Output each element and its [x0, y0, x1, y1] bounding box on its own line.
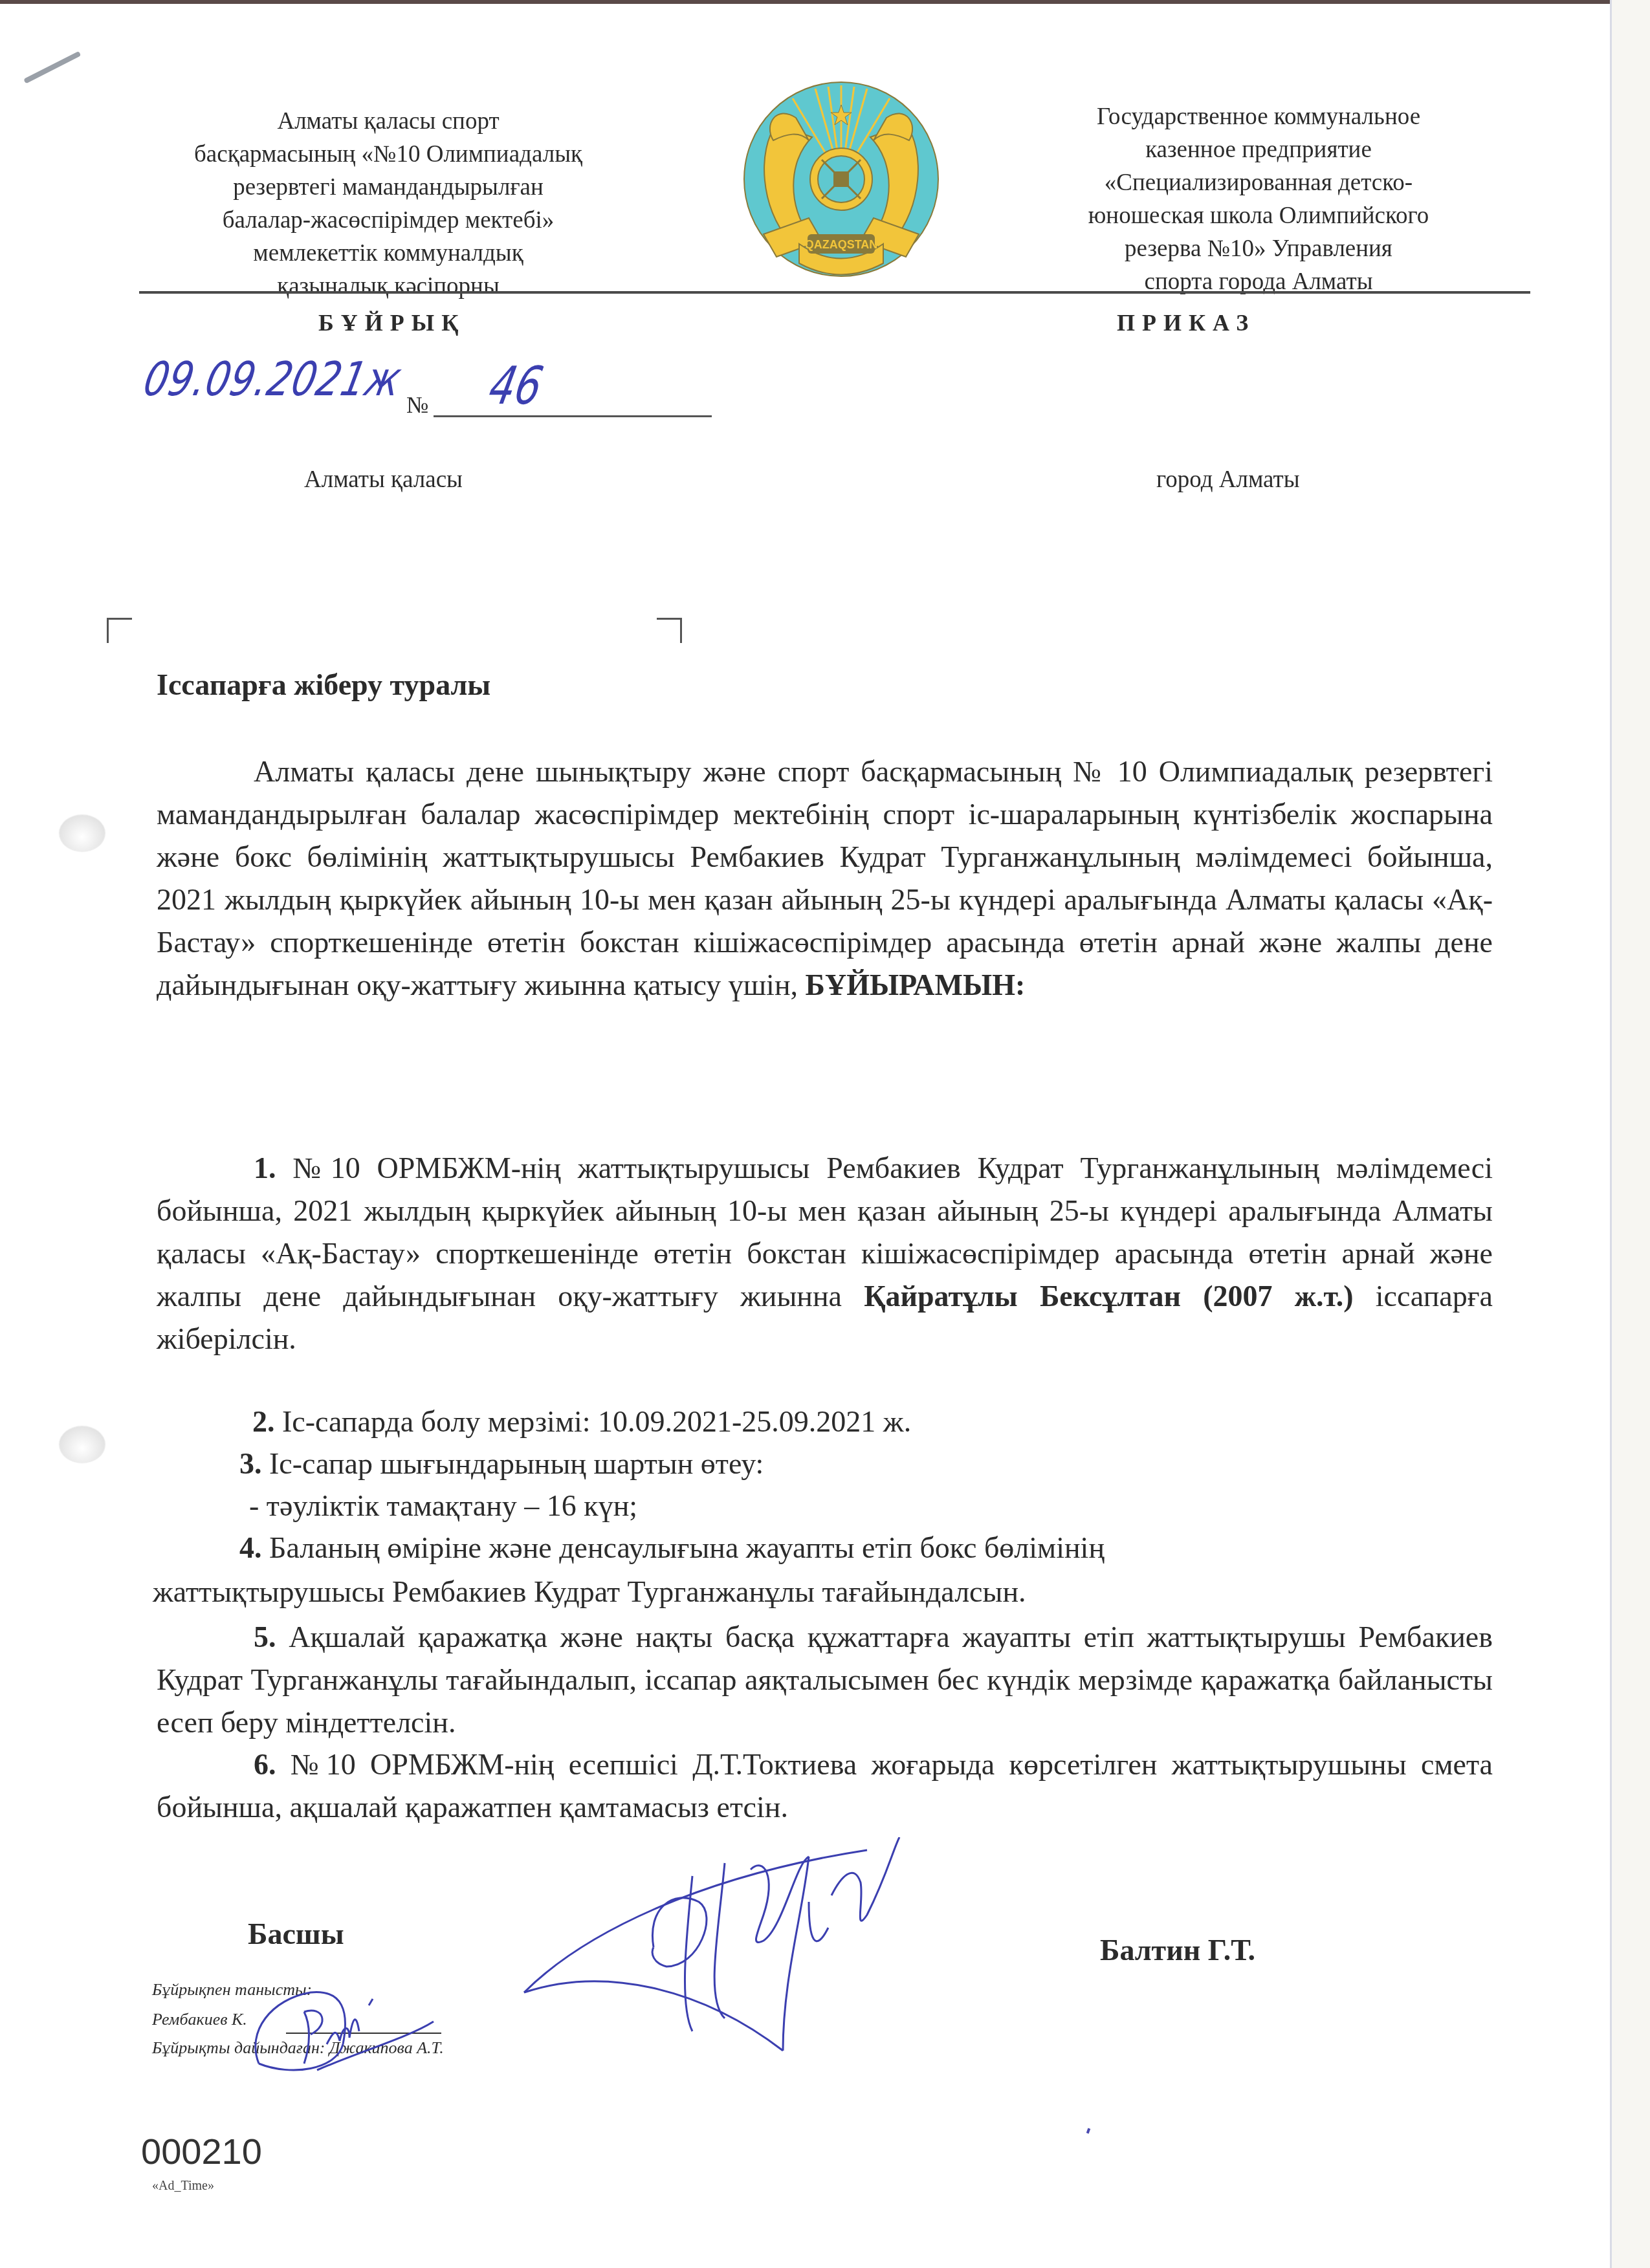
org-name-kz-line: балалар-жасөспірімдер мектебі»: [168, 204, 608, 237]
item-number: 5.: [254, 1620, 276, 1653]
punch-hole-icon: [60, 815, 105, 851]
order-item-3: 3. Іс-сапар шығындарының шартын өтеу:: [239, 1443, 764, 1485]
intro-paragraph: Алматы қаласы дене шынықтыру және спорт …: [157, 750, 1493, 1007]
pen-mark: [23, 51, 81, 84]
punch-hole-icon: [60, 1426, 105, 1463]
order-item-3-subitem: - тәуліктік тамақтану – 16 күн;: [249, 1485, 637, 1527]
item-text: Ақшалай қаражатқа және нақты басқа құжат…: [157, 1620, 1493, 1739]
org-name-ru: Государственное коммунальное казенное пр…: [1022, 100, 1495, 298]
org-name-ru-line: Государственное коммунальное: [1022, 100, 1495, 133]
order-label-ru: ПРИКАЗ: [1117, 309, 1255, 336]
handwritten-order-number: 46: [484, 355, 548, 417]
head-name: Балтин Г.Т.: [1100, 1933, 1255, 1967]
org-name-kz-line: қазыналық кәсіпорны: [168, 270, 608, 303]
org-name-kz-line: мемлекеттік коммуналдық: [168, 237, 608, 270]
item-text: жаттықтырушысы Рембакиев Кудрат Турганжа…: [153, 1575, 1026, 1608]
org-name-ru-line: «Специализированная детско-: [1022, 166, 1495, 199]
item-text: - тәуліктік тамақтану – 16 күн;: [249, 1489, 637, 1522]
order-item-1: 1. №10 ОРМБЖМ-нің жаттықтырушысы Рембаки…: [157, 1147, 1493, 1360]
corner-mark-left: [107, 618, 132, 643]
org-name-kz: Алматы қаласы спорт басқармасының «№10 О…: [168, 105, 608, 303]
director-signature-icon: [505, 1837, 919, 2096]
item-text: №10 ОРМБЖМ-нің есепшісі Д.Т.Токтиева жоғ…: [157, 1748, 1493, 1824]
item-number: 6.: [254, 1748, 276, 1781]
decree-word: БҰЙЫРАМЫН:: [806, 968, 1026, 1001]
acquainted-signature-icon: [220, 1973, 492, 2089]
merge-field-ad-time: «Ad_Time»: [152, 2179, 214, 2194]
item-number: 4.: [239, 1531, 262, 1564]
item-number: 3.: [239, 1447, 262, 1480]
order-label-kz: БҰЙРЫҚ: [318, 309, 465, 336]
corner-mark-right: [657, 618, 682, 643]
org-name-kz-line: басқармасының «№10 Олимпиадалық: [168, 138, 608, 171]
item-text: Іс-сапар шығындарының шартын өтеу:: [262, 1447, 764, 1480]
ink-dot: [1086, 2128, 1090, 2134]
org-name-kz-line: Алматы қаласы спорт: [168, 105, 608, 138]
document-title: Іссапарға жіберу туралы: [157, 668, 490, 702]
kazakhstan-state-emblem-icon: QAZAQSTAN: [738, 79, 945, 283]
order-item-4: 4. Баланың өміріне және денсаулығына жау…: [239, 1527, 1105, 1569]
org-name-ru-line: резерва №10» Управления: [1022, 232, 1495, 265]
scan-right-edge: [1610, 0, 1650, 2268]
item-number: 1.: [254, 1151, 276, 1184]
order-item-2: 2. Іс-сапарда болу мерзімі: 10.09.2021-2…: [252, 1401, 911, 1443]
city-kz: Алматы қаласы: [304, 466, 463, 494]
city-ru: город Алматы: [1156, 466, 1300, 494]
athlete-name: Қайратұлы Бексұлтан (2007 ж.т.): [864, 1280, 1353, 1313]
order-number-label: №: [406, 391, 428, 419]
order-item-4-continued: жаттықтырушысы Рембакиев Кудрат Турганжа…: [153, 1571, 1026, 1613]
document-number: 000210: [141, 2130, 262, 2172]
header-divider: [139, 291, 1530, 294]
handwritten-date: 09.09.2021ж: [139, 351, 406, 406]
org-name-ru-line: юношеская школа Олимпийского: [1022, 199, 1495, 232]
scan-top-edge: [0, 0, 1611, 4]
item-text: Баланың өміріне және денсаулығына жауапт…: [262, 1531, 1105, 1564]
svg-text:QAZAQSTAN: QAZAQSTAN: [805, 238, 878, 251]
order-item-6: 6. №10 ОРМБЖМ-нің есепшісі Д.Т.Токтиева …: [157, 1743, 1493, 1829]
order-item-5: 5. Ақшалай қаражатқа және нақты басқа құ…: [157, 1616, 1493, 1744]
intro-text: Алматы қаласы дене шынықтыру және спорт …: [157, 755, 1493, 1001]
head-label: Басшы: [248, 1917, 344, 1951]
item-number: 2.: [252, 1405, 275, 1438]
order-number-underline: [434, 415, 712, 417]
item-text: Іс-сапарда болу мерзімі: 10.09.2021-25.0…: [275, 1405, 912, 1438]
org-name-ru-line: казенное предприятие: [1022, 133, 1495, 166]
org-name-kz-line: резервтегі мамандандырылған: [168, 171, 608, 204]
